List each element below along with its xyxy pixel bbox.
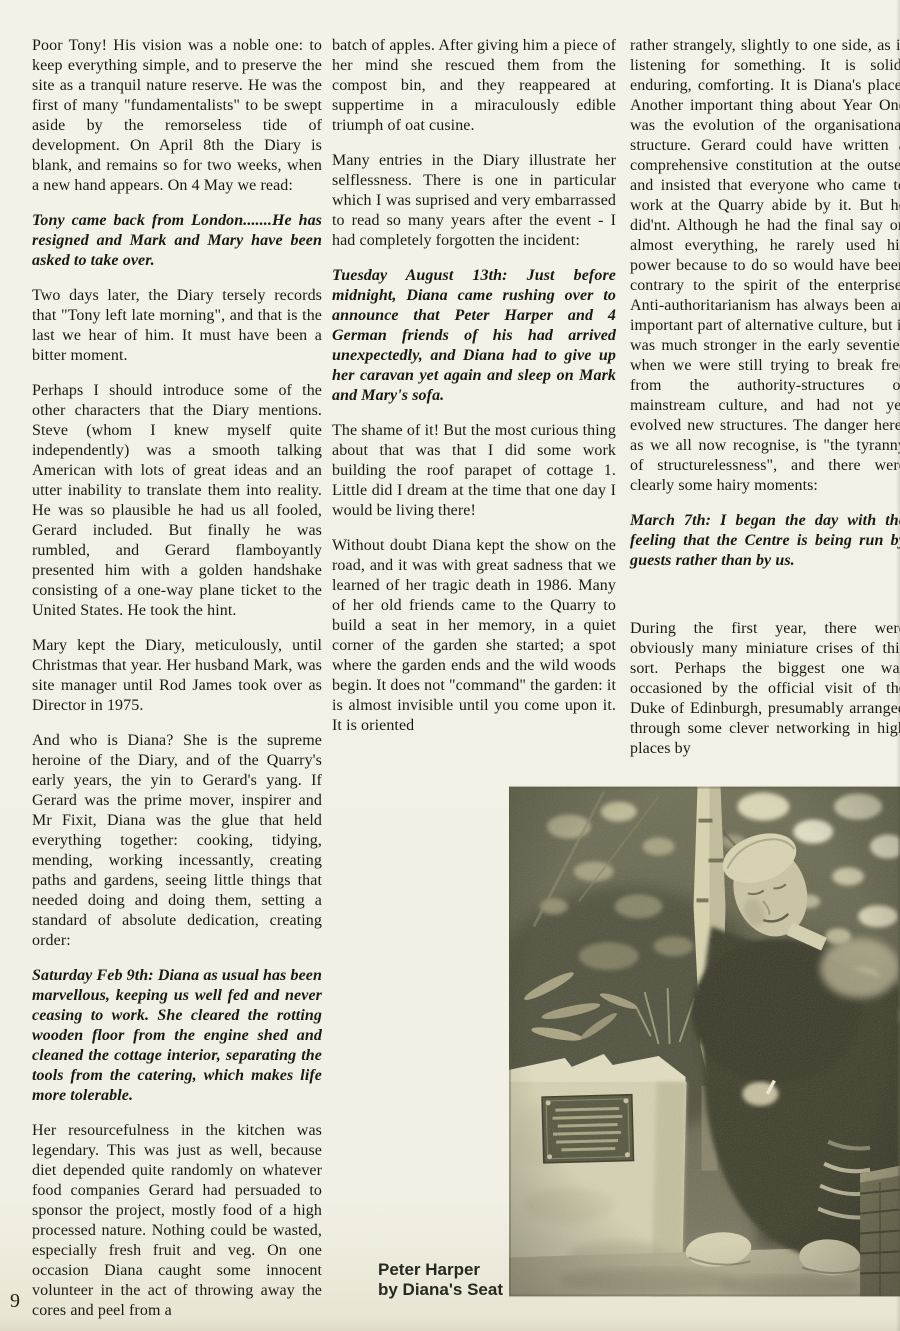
diary-quote-paragraph: Tony came back from London.......He has …: [32, 211, 322, 271]
magazine-page: Poor Tony! His vision was a noble one: t…: [0, 0, 900, 1331]
body-paragraph: Poor Tony! His vision was a noble one: t…: [32, 36, 322, 196]
diary-quote-paragraph: Saturday Feb 9th: Diana as usual has bee…: [32, 966, 322, 1106]
body-paragraph: batch of apples. After giving him a piec…: [332, 36, 616, 136]
photo-caption-line2: by Diana's Seat: [378, 1280, 503, 1300]
body-paragraph: rather strangely, slightly to one side, …: [630, 36, 900, 496]
photo-grain: [509, 787, 900, 1297]
body-paragraph: Her resourcefulness in the kitchen was l…: [32, 1121, 322, 1321]
page-number: 9: [10, 1290, 20, 1313]
body-paragraph: During the first year, there were obviou…: [630, 619, 900, 759]
text-column-1: Poor Tony! His vision was a noble one: t…: [32, 36, 322, 1331]
text-column-3: rather strangely, slightly to one side, …: [630, 36, 900, 774]
diary-quote-paragraph: Tuesday August 13th: Just before midnigh…: [332, 266, 616, 406]
diary-quote-paragraph: March 7th: I began the day with the feel…: [630, 511, 900, 571]
body-paragraph: The shame of it! But the most curious th…: [332, 421, 616, 521]
body-paragraph: Perhaps I should introduce some of the o…: [32, 381, 322, 621]
photo-caption: Peter Harper by Diana's Seat: [378, 1260, 503, 1300]
body-paragraph: Without doubt Diana kept the show on the…: [332, 536, 616, 736]
body-paragraph: And who is Diana? She is the supreme her…: [32, 731, 322, 951]
body-paragraph: Many entries in the Diary illustrate her…: [332, 151, 616, 251]
body-paragraph: Mary kept the Diary, meticulously, until…: [32, 636, 322, 716]
body-paragraph: Two days later, the Diary tersely record…: [32, 286, 322, 366]
photo-peter-harper-by-dianas-seat: [509, 786, 900, 1297]
photo-caption-line1: Peter Harper: [378, 1260, 503, 1280]
text-column-2: batch of apples. After giving him a piec…: [332, 36, 616, 751]
